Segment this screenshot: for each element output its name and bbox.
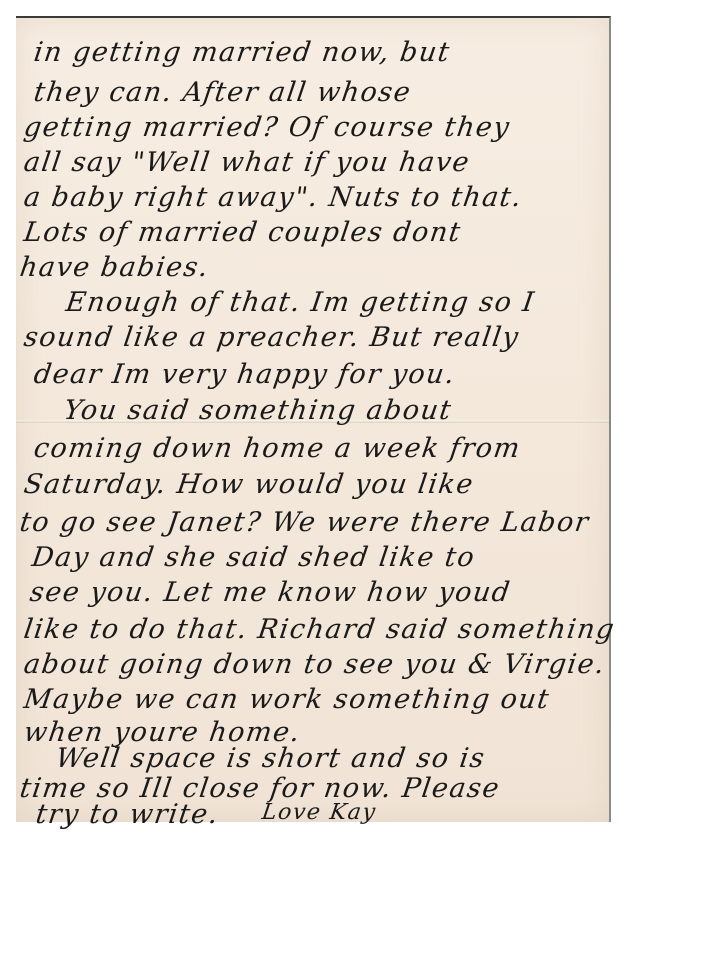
handwritten-line: coming down home a week from bbox=[32, 434, 523, 464]
handwritten-line: dear Im very happy for you. bbox=[32, 360, 458, 390]
handwritten-line: all say "Well what if you have bbox=[22, 148, 472, 178]
handwritten-line: see you. Let me know how youd bbox=[28, 578, 513, 608]
handwritten-line: Maybe we can work something out bbox=[22, 685, 552, 715]
handwritten-line: try to write. bbox=[34, 800, 221, 830]
handwritten-line: Saturday. How would you like bbox=[22, 470, 476, 500]
handwritten-line: have babies. bbox=[18, 253, 211, 283]
handwritten-line: sound like a preacher. But really bbox=[22, 323, 521, 353]
handwritten-line: Day and she said shed like to bbox=[30, 543, 477, 573]
handwritten-line: in getting married now, but bbox=[32, 38, 452, 68]
handwritten-line: to go see Janet? We were there Labor bbox=[18, 508, 591, 538]
handwritten-line: they can. After all whose bbox=[32, 78, 413, 108]
signature: Love Kay bbox=[260, 798, 378, 828]
handwritten-line: a baby right away". Nuts to that. bbox=[22, 183, 524, 213]
letter-page: in getting married now, butthey can. Aft… bbox=[16, 16, 611, 822]
handwritten-line: Well space is short and so is bbox=[54, 744, 487, 774]
handwritten-line: Enough of that. Im getting so I bbox=[64, 288, 537, 318]
handwritten-line: getting married? Of course they bbox=[22, 113, 512, 143]
handwritten-line: Lots of married couples dont bbox=[22, 218, 463, 248]
handwritten-line: about going down to see you & Virgie. bbox=[22, 650, 607, 680]
handwritten-line: like to do that. Richard said something bbox=[22, 615, 617, 645]
handwritten-line: You said something about bbox=[62, 396, 454, 426]
